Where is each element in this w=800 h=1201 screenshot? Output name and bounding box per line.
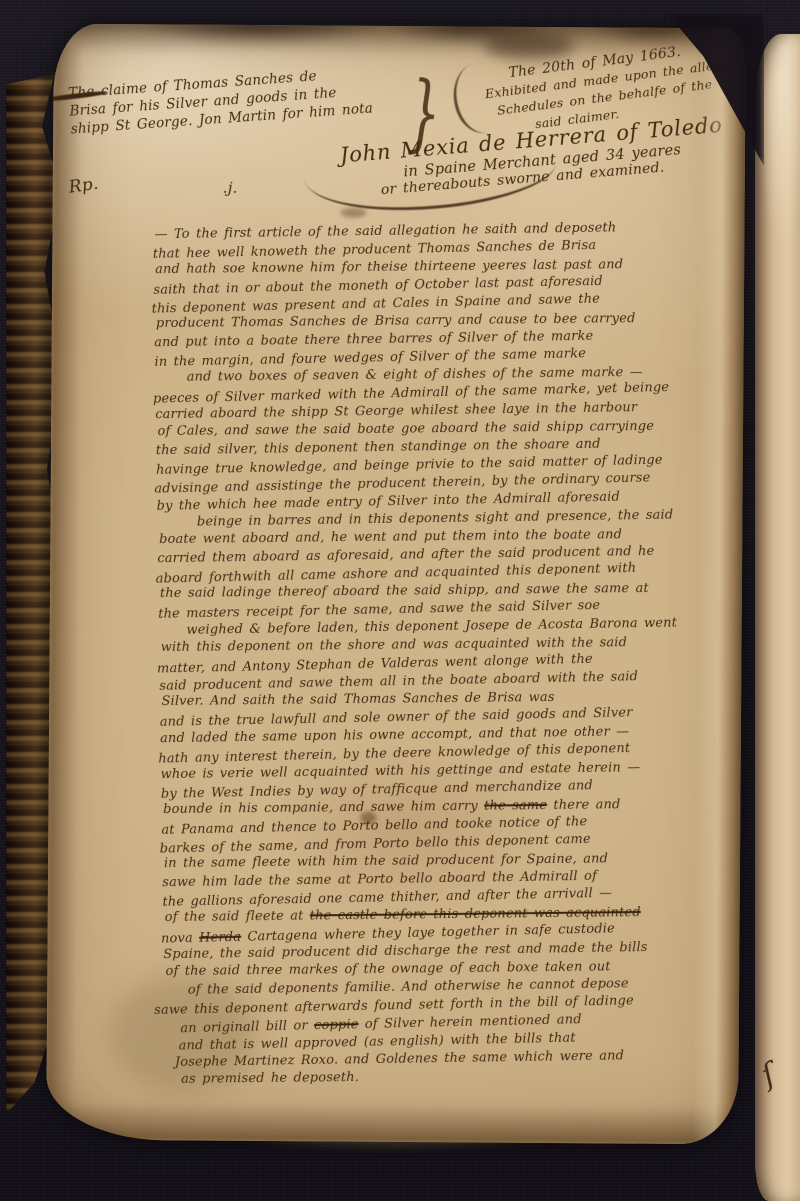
body-text-segment: of the said fleete at bbox=[165, 908, 310, 925]
deposition-body: — To the first article of the said alleg… bbox=[152, 218, 737, 1090]
facing-page-ink-mark: ſ bbox=[756, 1057, 780, 1093]
body-text-segment: there and bbox=[547, 797, 620, 813]
strike-through-text: Herda bbox=[199, 930, 241, 946]
body-text-segment: boate went aboard and, he went and put t… bbox=[159, 527, 622, 547]
article-number-mark: .j. bbox=[223, 179, 238, 197]
manuscript-page: The claime of Thomas Sanches deBrisa for… bbox=[46, 24, 746, 1145]
body-text-segment: bounde in his companie, and sawe him car… bbox=[163, 799, 484, 817]
page-fold-shading bbox=[692, 28, 746, 1144]
strike-through-text: the same bbox=[484, 798, 547, 814]
top-smudge bbox=[484, 33, 574, 60]
photo-background: The claime of Thomas Sanches deBrisa for… bbox=[0, 0, 800, 1201]
smudge-mark bbox=[341, 208, 367, 218]
body-text-segment: an originall bill or bbox=[180, 1018, 314, 1036]
claim-note: The claime of Thomas Sanches deBrisa for… bbox=[67, 58, 414, 136]
strike-through-text: coppie bbox=[314, 1017, 359, 1033]
bottom-edge-shadow bbox=[46, 1102, 738, 1145]
body-text-segment: of Cales, and sawe the said boate goe ab… bbox=[157, 419, 654, 439]
body-text-segment: as premised he deposeth. bbox=[181, 1070, 359, 1087]
body-text-segment: producent Thomas Sanches de Brisa carry … bbox=[156, 311, 636, 331]
body-text-segment: nova bbox=[161, 931, 199, 947]
facing-page-edge: ſ bbox=[755, 34, 800, 1201]
body-text-segment: in the same fleete with him the said pro… bbox=[164, 851, 608, 871]
body-text-segment: of the said three markes of the ownage o… bbox=[165, 959, 610, 979]
margin-mark: Rp. bbox=[68, 174, 100, 198]
